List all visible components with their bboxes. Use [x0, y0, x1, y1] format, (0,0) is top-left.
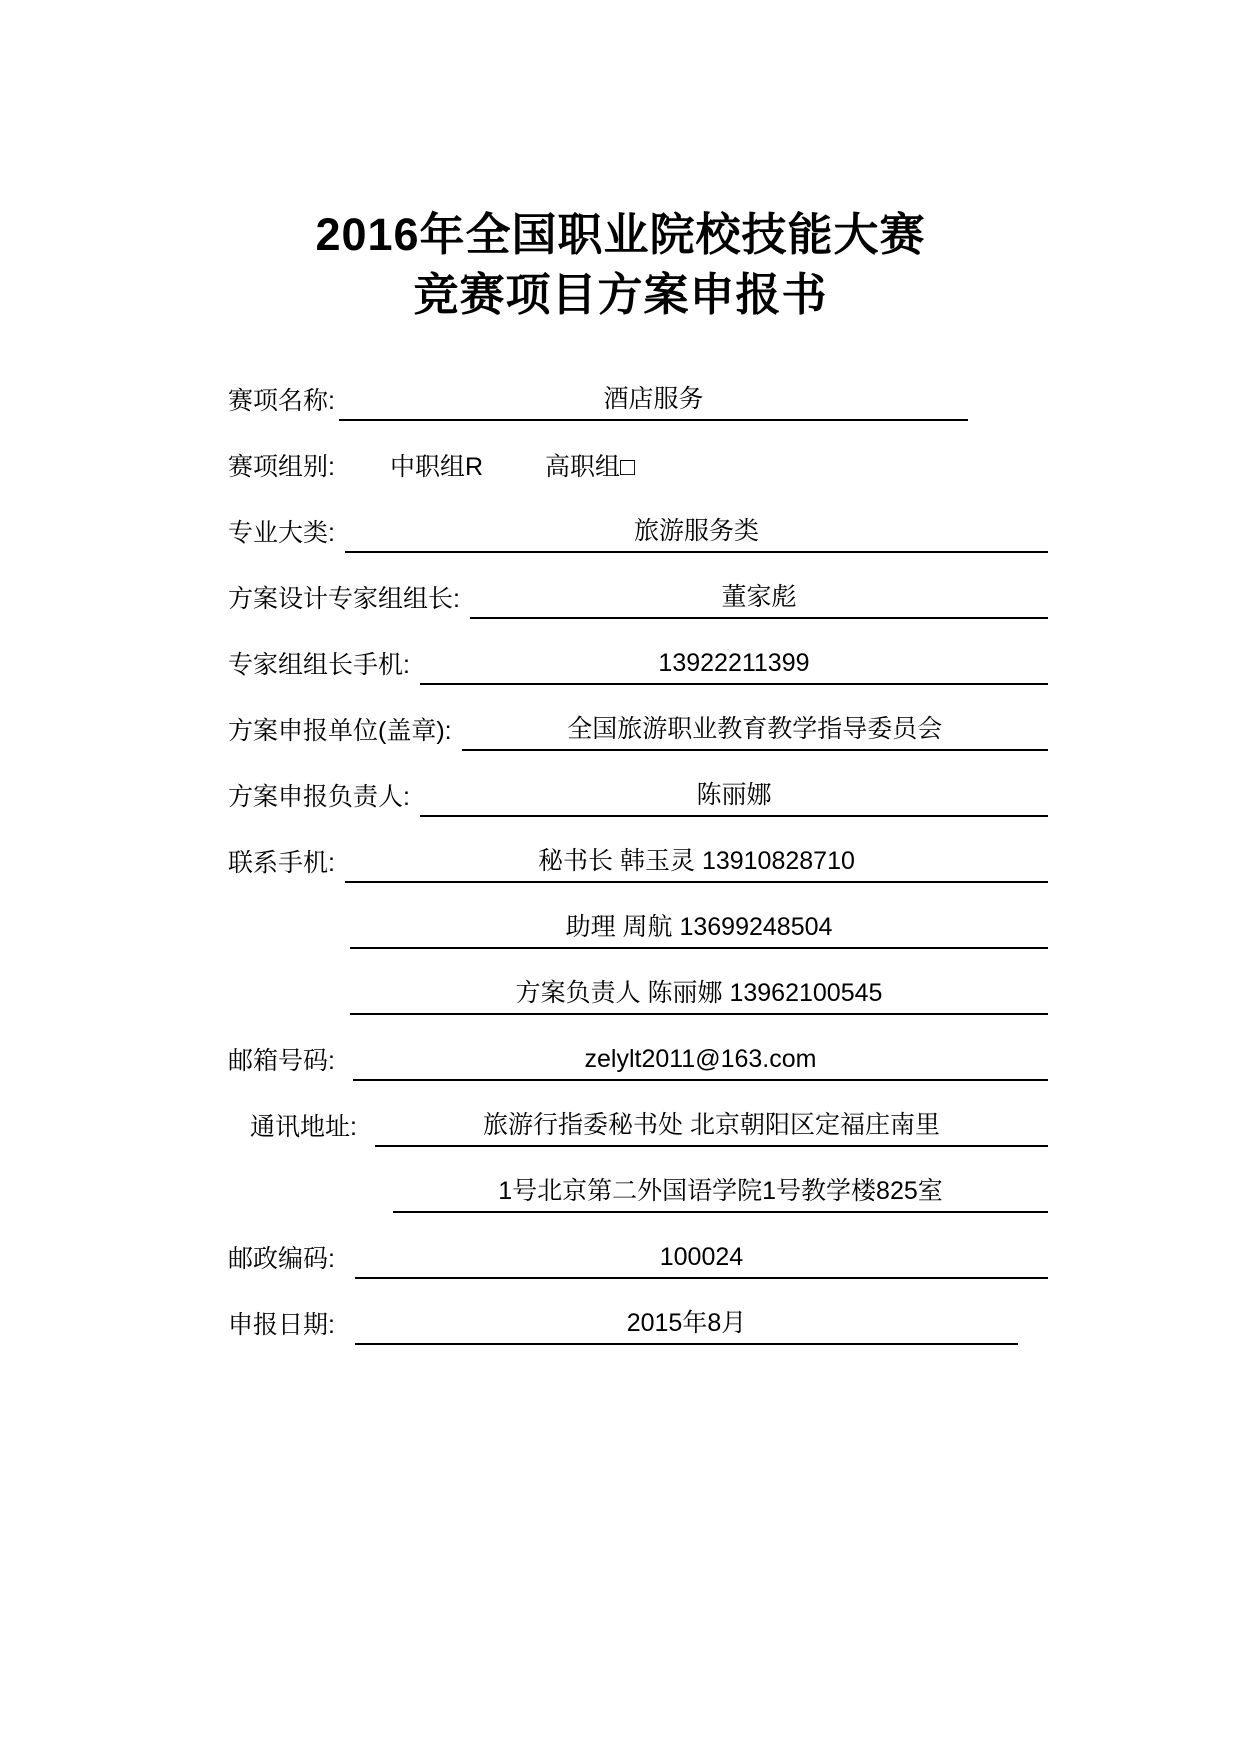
form-row: 赛项名称: 酒店服务	[228, 355, 1048, 421]
form-row: 方案申报单位(盖章): 全国旅游职业教育教学指导委员会	[228, 685, 1048, 751]
form-row: 通讯地址: 旅游行指委秘书处 北京朝阳区定福庄南里	[228, 1081, 1048, 1147]
form-row: 专业大类: 旅游服务类	[228, 487, 1048, 553]
field-value: 旅游服务类	[345, 516, 1048, 553]
field-label: 专业大类:	[228, 518, 335, 553]
form-row: 邮箱号码: zelylt2011@163.com	[228, 1015, 1048, 1081]
document-page: 2016年全国职业院校技能大赛 竞赛项目方案申报书 赛项名称: 酒店服务 赛项组…	[0, 0, 1241, 1345]
form-row-options: 赛项组别: 中职组R 高职组□	[228, 421, 1048, 487]
field-label: 方案申报单位(盖章):	[228, 716, 452, 751]
field-value: 助理 周航 13699248504	[350, 912, 1048, 949]
field-value: 全国旅游职业教育教学指导委员会	[462, 714, 1048, 751]
form-row: 方案负责人 陈丽娜 13962100545	[228, 949, 1048, 1015]
field-label: 赛项名称:	[228, 386, 335, 421]
field-label: 邮政编码:	[228, 1244, 335, 1279]
field-value: 13922211399	[420, 648, 1048, 685]
field-label: 申报日期:	[228, 1310, 335, 1345]
field-value: 秘书长 韩玉灵 13910828710	[345, 846, 1048, 883]
document-title-line2: 竞赛项目方案申报书	[0, 265, 1241, 325]
form-row: 助理 周航 13699248504	[228, 883, 1048, 949]
form-row: 申报日期: 2015年8月	[228, 1279, 1048, 1345]
field-value: 酒店服务	[339, 384, 968, 421]
field-label: 方案设计专家组组长:	[228, 584, 460, 619]
form-row: 专家组组长手机: 13922211399	[228, 619, 1048, 685]
option-secondary-vocational: 中职组R	[390, 452, 483, 487]
form-row: 方案申报负责人: 陈丽娜	[228, 751, 1048, 817]
field-label: 邮箱号码:	[228, 1046, 335, 1081]
option-higher-vocational: 高职组□	[545, 452, 635, 487]
document-title: 2016年全国职业院校技能大赛 竞赛项目方案申报书	[0, 205, 1241, 325]
field-value: 董家彪	[470, 582, 1048, 619]
field-value: 方案负责人 陈丽娜 13962100545	[350, 978, 1048, 1015]
field-label	[228, 1208, 383, 1213]
field-label: 专家组组长手机:	[228, 650, 410, 685]
form-row: 联系手机: 秘书长 韩玉灵 13910828710	[228, 817, 1048, 883]
field-label: 通讯地址:	[228, 1112, 357, 1147]
form-row: 方案设计专家组组长: 董家彪	[228, 553, 1048, 619]
field-value: 1号北京第二外国语学院1号教学楼825室	[393, 1176, 1048, 1213]
form-row: 邮政编码: 100024	[228, 1213, 1048, 1279]
field-label: 联系手机:	[228, 848, 335, 883]
field-value: 100024	[355, 1242, 1048, 1279]
field-value: 旅游行指委秘书处 北京朝阳区定福庄南里	[375, 1110, 1048, 1147]
field-label	[228, 1010, 340, 1015]
application-form: 赛项名称: 酒店服务 赛项组别: 中职组R 高职组□ 专业大类: 旅游服务类 方…	[228, 355, 1048, 1345]
field-value: 2015年8月	[355, 1308, 1018, 1345]
field-value: 陈丽娜	[420, 780, 1048, 817]
field-label: 赛项组别:	[228, 452, 335, 487]
field-label	[228, 944, 340, 949]
document-title-line1: 2016年全国职业院校技能大赛	[0, 205, 1241, 265]
form-row: 1号北京第二外国语学院1号教学楼825室	[228, 1147, 1048, 1213]
field-value: zelylt2011@163.com	[353, 1044, 1048, 1081]
field-label: 方案申报负责人:	[228, 782, 410, 817]
